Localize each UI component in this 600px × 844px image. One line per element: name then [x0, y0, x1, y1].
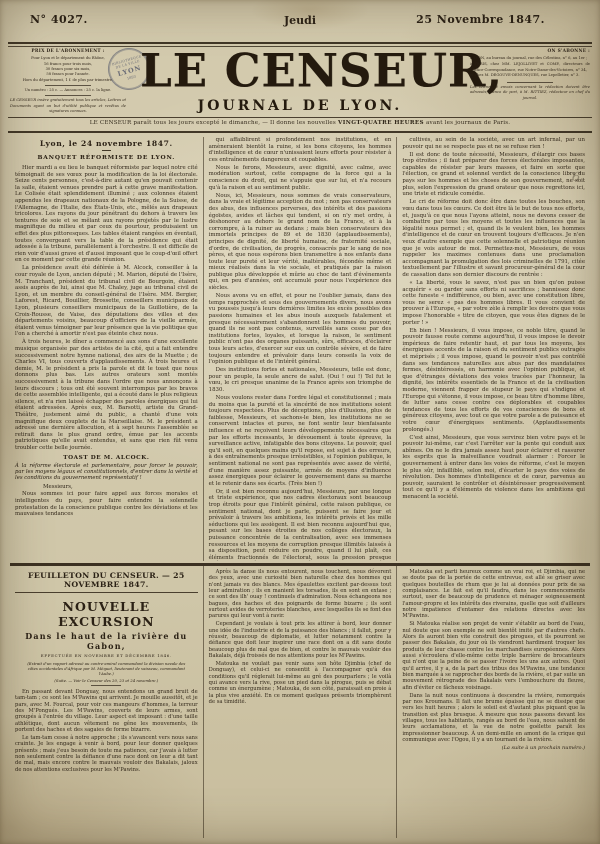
paragraph: Nous avons vu en effet, et pour ne l'oub…: [209, 293, 392, 366]
tagline-pre: LE CENSEUR paraît tous les jours excepté…: [90, 120, 338, 126]
subscription-note: LE CENSEUR insère gratuitement tous les …: [10, 98, 126, 114]
toast-epigraph: À la réforme électorale et parlementaire…: [15, 463, 198, 482]
feuilleton-title: NOUVELLE EXCURSION: [15, 599, 198, 629]
paragraph: Si Matouka réalise son projet de venir s…: [402, 621, 585, 691]
feuilleton-body: Après la danse ils nous entourent, nous …: [209, 569, 392, 705]
paragraph: C'est ainsi, Messieurs, que vous servire…: [402, 435, 585, 501]
feuilleton-subtitle: Dans le haut de la rivière du Gabon,: [15, 631, 198, 651]
article-column-3: cultivés, au sein de la société, avec un…: [396, 137, 590, 561]
paragraph: Cependant je voulais à tout prix les att…: [209, 621, 392, 659]
article-body: cultivés, au sein de la société, avec un…: [402, 137, 585, 501]
paragraph: Matouka ne voulait pas venir sans son hô…: [209, 661, 392, 705]
paragraph: Dans la nuit nous continuons à descendre…: [402, 693, 585, 744]
masthead-rule: [8, 117, 592, 118]
divider: [102, 150, 111, 151]
subscribe-line: et chez M. DEGOUVE-DENUNQUES, rue Lepell…: [470, 73, 590, 79]
paragraph: Eh bien ! Messieurs, il vous impose, ce …: [402, 328, 585, 434]
subscription-title: PRIX DE L'ABONNEMENT :: [10, 49, 126, 55]
paragraph: Des institutions fortes et nationales, M…: [209, 367, 392, 393]
subscription-price-box: PRIX DE L'ABONNEMENT : Pour Lyon et le d…: [10, 49, 126, 114]
salutation: Messieurs,: [15, 484, 198, 490]
feuilleton-subtitle-2: EFFECTUÉE EN NOVEMBRE ET DÉCEMBRE 1846.: [15, 653, 198, 658]
subscribe-line: à PARIS, chez MM. LEJOLLIVET et COMP., d…: [470, 62, 590, 73]
feuilleton-body: En passant devant Donguay, nous entendon…: [15, 689, 198, 773]
paragraph: Nous, ici, Messieurs, nous sommes de vra…: [209, 193, 392, 292]
paragraph: Nous sommes ici pour faire appel aux for…: [15, 491, 198, 517]
feuilleton-column-2: Après la danse ils nous entourent, nous …: [203, 566, 397, 838]
paragraph: Hier mardi a eu lieu le banquet réformis…: [15, 165, 198, 264]
paragraph: qui affaiblirent si profondément nos ins…: [209, 137, 392, 163]
divider: [91, 685, 121, 686]
newspaper-title: LE CENSEUR,: [140, 43, 460, 97]
paragraph: La présidence avait été déférée à M. Alc…: [15, 265, 198, 338]
paragraph: Matouka est parti heureux comme un vrai …: [402, 569, 585, 620]
paragraph: À trois heures, le dîner a commencé aux …: [15, 339, 198, 451]
paragraph: Or, il est bien reconnu aujourd'hui, Mes…: [209, 489, 392, 561]
issue-date: 25 Novembre 1847.: [416, 13, 545, 26]
paragraph: Nous voulons rester dans l'ordre légal e…: [209, 395, 392, 487]
newspaper-subtitle: JOURNAL DE LYON.: [140, 98, 460, 114]
feuilleton-continuation-note: (Suite. — Voir le Censeur des 20, 23 et …: [22, 678, 190, 683]
tagline-rule: [8, 131, 592, 133]
subscription-line: Un numéro : 25 c. — Annonces : 25 c. la …: [10, 88, 126, 93]
article-body: Nous sommes ici pour faire appel aux for…: [15, 491, 198, 517]
subscription-line: Hors du département, 1 f. de plus par tr…: [10, 78, 126, 83]
top-header: N° 4027. Jeudi 25 Novembre 1847.: [30, 13, 570, 31]
feuilleton-closing: (La suite à un prochain numéro.): [402, 745, 585, 751]
subscribe-note: Les lettres et envois concernant la réda…: [470, 85, 590, 102]
feuilleton-column-3: Matouka est parti heureux comme un vrai …: [396, 566, 590, 838]
article-column-1: Lyon, le 24 novembre 1847. BANQUET RÉFOR…: [10, 137, 203, 561]
divider: [45, 85, 91, 86]
stamp-year: 1893: [127, 74, 137, 80]
feuilleton-rubric: FEUILLETON DU CENSEUR. — 25 NOVEMBRE 184…: [15, 571, 198, 593]
article-headline: BANQUET RÉFORMISTE DE LYON.: [15, 154, 198, 161]
paragraph: « La liberté, vous le savez, n'est pas u…: [402, 280, 585, 326]
paragraph: Il est donc de toute nécessité, Messieur…: [402, 152, 585, 198]
tagline: LE CENSEUR paraît tous les jours excepté…: [0, 120, 600, 126]
dateline: Lyon, le 24 novembre 1847.: [15, 139, 198, 148]
paragraph: En passant devant Donguay, nous entendon…: [15, 689, 198, 733]
article-column-2: qui affaiblirent si profondément nos ins…: [203, 137, 397, 561]
divider: [507, 82, 553, 83]
paragraph: cultivés, au sein de la société, avec un…: [402, 137, 585, 150]
article-body: Hier mardi a eu lieu le banquet réformis…: [15, 165, 198, 452]
subscribe-title: ON S'ABONNE :: [470, 49, 590, 55]
tagline-post: avant les journaux de Paris.: [424, 120, 510, 126]
paragraph: Le cri de réforme doit donc être dans to…: [402, 199, 585, 278]
feuilleton-section: FEUILLETON DU CENSEUR. — 25 NOVEMBRE 184…: [10, 563, 590, 838]
divider: [45, 95, 91, 96]
paragraph: Le tam-tam cesse à notre approche ; ils …: [15, 735, 198, 773]
feuilleton-source-note: (Extrait d'un rapport adressé au contre-…: [22, 661, 190, 676]
main-article: Lyon, le 24 novembre 1847. BANQUET RÉFOR…: [10, 137, 590, 561]
paragraph: Nous le ferons, Messieurs, avec dignité,…: [209, 165, 392, 191]
article-body: qui affaiblirent si profondément nos ins…: [209, 137, 392, 561]
subscribe-office-box: ON S'ABONNE : à LYON, au bureau du journ…: [470, 49, 590, 101]
newspaper-page: N° 4027. Jeudi 25 Novembre 1847. PRIX DE…: [0, 0, 600, 844]
feuilleton-column-1: FEUILLETON DU CENSEUR. — 25 NOVEMBRE 184…: [10, 566, 203, 838]
tagline-bold: VINGT-QUATRE HEURES: [338, 120, 424, 126]
feuilleton-body: Matouka est parti heureux comme un vrai …: [402, 569, 585, 743]
paragraph: Après la danse ils nous entourent, nous …: [209, 569, 392, 620]
toast-heading: TOAST DE M. ALCOCK.: [15, 455, 198, 461]
